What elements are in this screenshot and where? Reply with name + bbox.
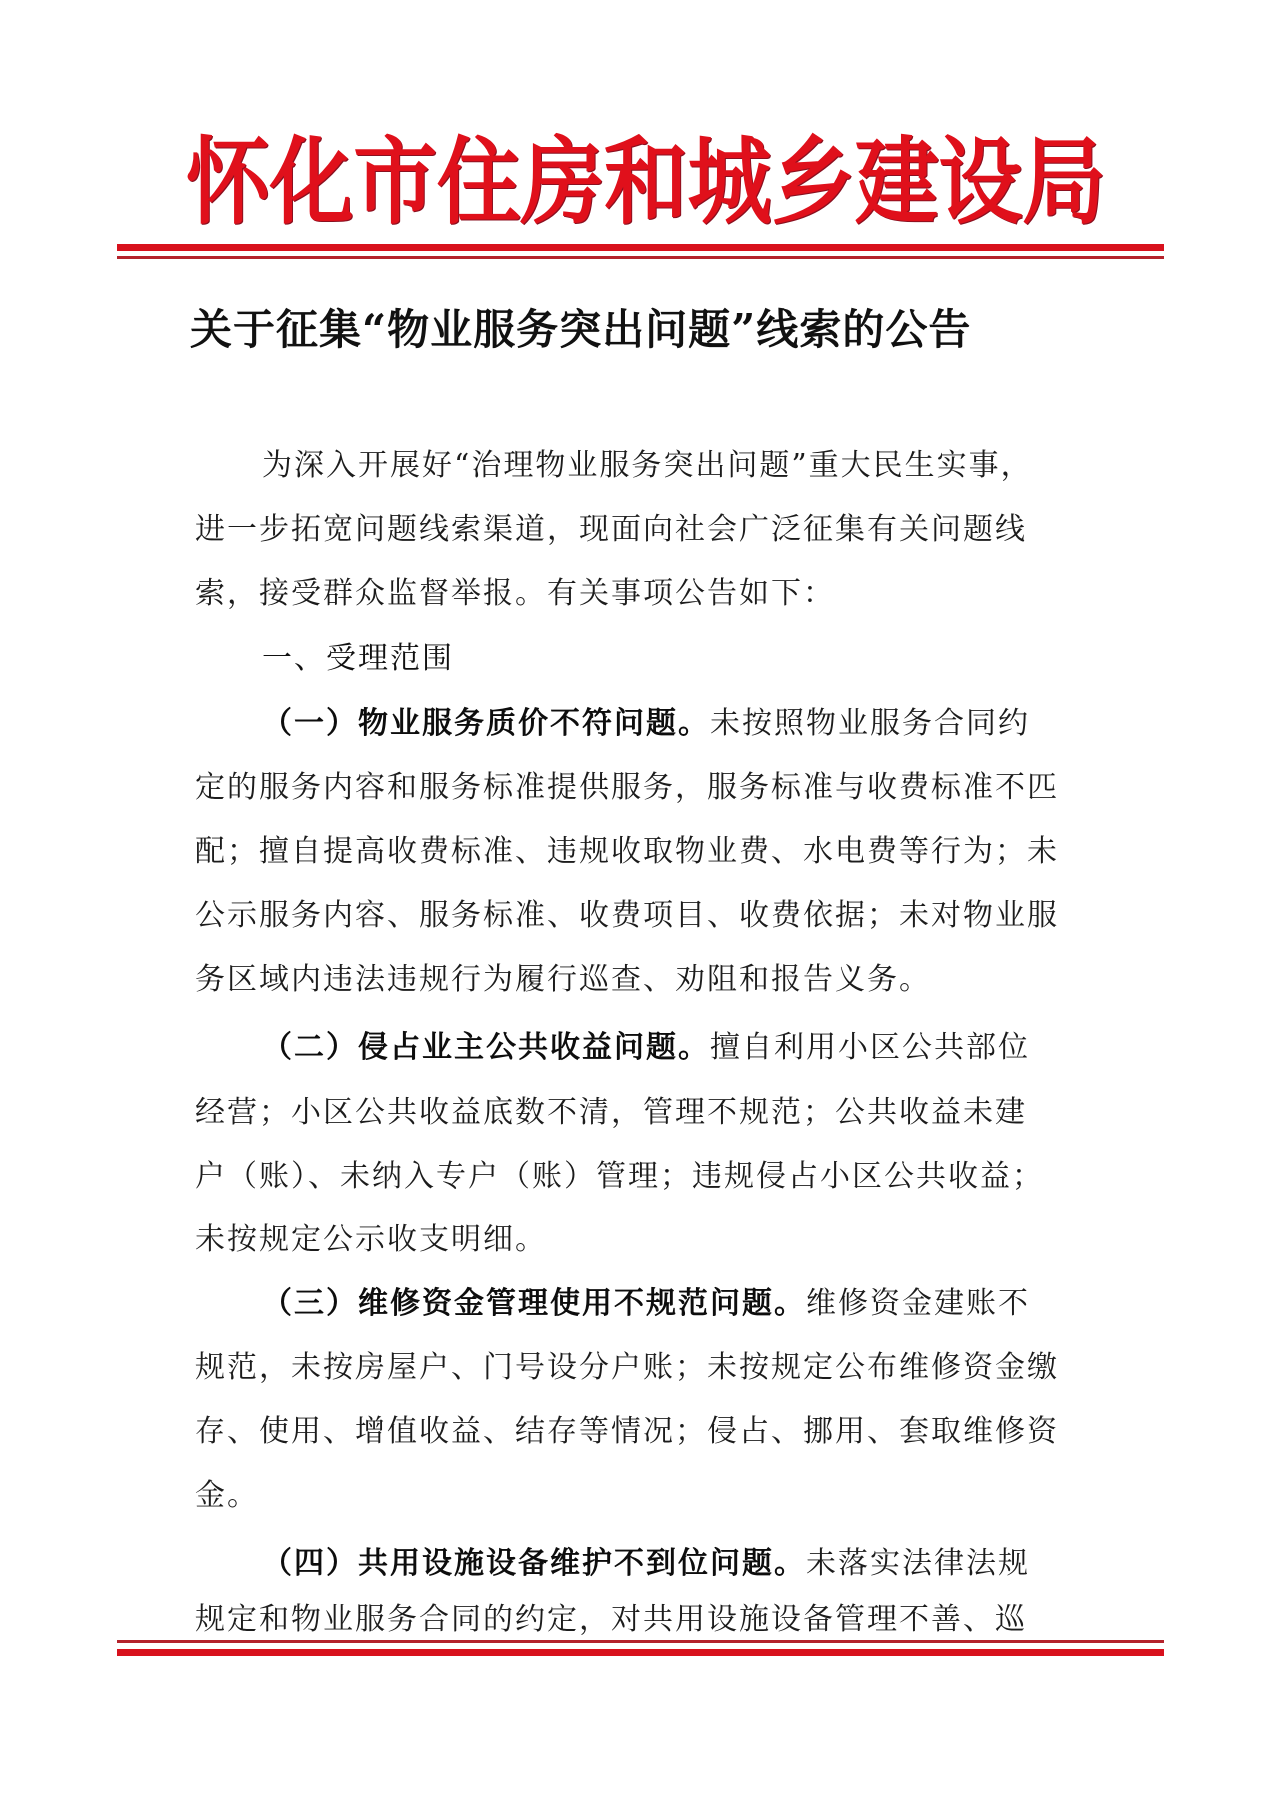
masthead-rule-thin <box>117 256 1164 259</box>
item-3-line: 规范，未按房屋户、门号设分户账；未按规定公布维修资金缴 <box>195 1346 1100 1390</box>
item-1-line: 配；擅自提高收费标准、违规收取物业费、水电费等行为；未 <box>195 830 1100 874</box>
item-3-line: 存、使用、增值收益、结存等情况；侵占、挪用、套取维修资 <box>195 1410 1100 1454</box>
footer-rule-thin <box>117 1640 1164 1643</box>
item-4-label: （四）共用设施设备维护不到位问题。 <box>262 1546 806 1581</box>
masthead-char: 设 <box>938 126 1018 238</box>
footer-rule-thick <box>117 1649 1164 1656</box>
masthead-char: 局 <box>1022 126 1102 238</box>
masthead-char: 市 <box>353 126 433 238</box>
masthead-char: 住 <box>437 126 517 238</box>
item-1-label: （一）物业服务质价不符问题。 <box>262 706 710 741</box>
intro-line: 索，接受群众监督举报。有关事项公告如下： <box>195 572 1100 616</box>
item-1-line: 定的服务内容和服务标准提供服务，服务标准与收费标准不匹 <box>195 766 1100 810</box>
masthead-char: 建 <box>855 126 935 238</box>
document-page: 怀 化 市 住 房 和 城 乡 建 设 局 关于征集“物业服务突出问题”线索的公… <box>0 0 1280 1809</box>
intro-line: 为深入开展好“治理物业服务突出问题”重大民生实事， <box>262 444 1100 488</box>
intro-line: 进一步拓宽问题线索渠道，现面向社会广泛征集有关问题线 <box>195 508 1100 552</box>
item-1-line: 公示服务内容、服务标准、收费项目、收费依据；未对物业服 <box>195 894 1100 938</box>
masthead-char: 怀 <box>186 126 266 238</box>
item-2-line: 户（账）、未纳入专户（账）管理；违规侵占小区公共收益； <box>195 1155 1100 1199</box>
item-2-first-line: （二）侵占业主公共收益问题。擅自利用小区公共部位 <box>262 1026 1100 1070</box>
masthead-char: 乡 <box>771 126 851 238</box>
item-3-first-line: （三）维修资金管理使用不规范问题。维修资金建账不 <box>262 1282 1100 1326</box>
item-4-line: 规定和物业服务合同的约定，对共用设施设备管理不善、巡 <box>195 1598 1100 1642</box>
document-title: 关于征集“物业服务突出问题”线索的公告 <box>190 300 1100 360</box>
item-4-text: 未落实法律法规 <box>806 1546 1030 1581</box>
item-2-text: 擅自利用小区公共部位 <box>710 1030 1030 1065</box>
item-1-text: 未按照物业服务合同约 <box>710 706 1030 741</box>
item-1-line: 务区域内违法违规行为履行巡查、劝阻和报告义务。 <box>195 958 1100 1002</box>
item-3-label: （三）维修资金管理使用不规范问题。 <box>262 1286 806 1321</box>
masthead-char: 化 <box>270 126 350 238</box>
section-heading: 一、受理范围 <box>262 637 1100 681</box>
item-2-line: 经营；小区公共收益底数不清，管理不规范；公共收益未建 <box>195 1091 1100 1135</box>
item-4-first-line: （四）共用设施设备维护不到位问题。未落实法律法规 <box>262 1542 1100 1586</box>
item-3-line: 金。 <box>195 1474 1100 1518</box>
item-2-line: 未按规定公示收支明细。 <box>195 1218 1100 1262</box>
item-2-label: （二）侵占业主公共收益问题。 <box>262 1030 710 1065</box>
masthead-title: 怀 化 市 住 房 和 城 乡 建 设 局 <box>186 132 1102 232</box>
masthead-char: 城 <box>688 126 768 238</box>
item-1-first-line: （一）物业服务质价不符问题。未按照物业服务合同约 <box>262 702 1100 746</box>
masthead-char: 和 <box>604 126 684 238</box>
masthead-rule-thick <box>117 244 1164 251</box>
item-3-text: 维修资金建账不 <box>806 1286 1030 1321</box>
masthead-char: 房 <box>520 126 600 238</box>
